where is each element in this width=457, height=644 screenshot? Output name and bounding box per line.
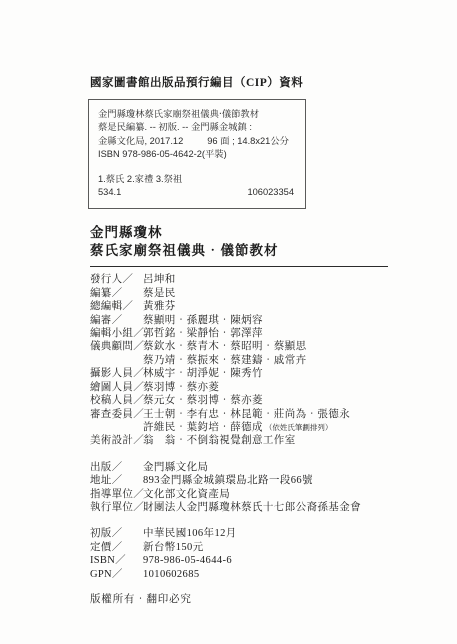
credit-values: 蔡元女‧蔡羽博‧蔡亦菱 bbox=[143, 394, 457, 407]
cip-publication-line: 金縣文化局, 2017.12 96 面 ; 14.8x21公分 bbox=[98, 135, 296, 148]
cip-publisher-date: 金縣文化局, 2017.12 bbox=[98, 135, 183, 148]
credit-label: 執行單位／ bbox=[90, 501, 143, 514]
credit-value: 許維民‧葉鈞培‧薛德成（依姓氏筆劃排列） bbox=[143, 421, 457, 434]
cip-isbn-line: ISBN 978-986-05-4642-2(平裝) bbox=[98, 148, 296, 161]
credit-values: 新台幣150元 bbox=[143, 541, 457, 554]
cip-class-number: 534.1 bbox=[98, 186, 121, 199]
cip-title-line: 金門縣瓊林蔡氏家廟祭祖儀典‧儀節教材 bbox=[98, 108, 296, 121]
book-title-main: 蔡氏家廟祭祖儀典‧儀節教材 bbox=[90, 242, 457, 260]
credit-value: 978-986-05-4644-6 bbox=[143, 554, 457, 567]
credit-label: 出版／ bbox=[90, 461, 143, 474]
credit-label: 發行人／ bbox=[90, 273, 143, 286]
credit-value: 893金門縣金城鎮環島北路一段66號 bbox=[143, 474, 457, 487]
credit-row: 定價／新台幣150元 bbox=[90, 541, 457, 554]
credit-row: 出版／金門縣文化局 bbox=[90, 461, 457, 474]
title-divider bbox=[90, 266, 388, 267]
credit-label: 總編輯／ bbox=[90, 300, 143, 313]
credit-row: 初版／中華民國106年12月 bbox=[90, 527, 457, 540]
copyright-notice: 版權所有‧翻印必究 bbox=[90, 591, 457, 606]
credit-values: 財團法人金門縣瓊林蔡氏十七郎公裔孫基金會 bbox=[143, 501, 457, 514]
credit-row: 美術設計／翁 翁‧不倒翁視覺創意工作室 bbox=[90, 434, 457, 447]
credit-values: 呂坤和 bbox=[143, 273, 457, 286]
credit-values: 蔡顯明‧孫麗琪‧陳炳容 bbox=[143, 314, 457, 327]
credit-value: 1010602685 bbox=[143, 568, 457, 581]
credit-value: 財團法人金門縣瓊林蔡氏十七郎公裔孫基金會 bbox=[143, 501, 457, 514]
credit-value: 中華民國106年12月 bbox=[143, 527, 457, 540]
book-title-region: 金門縣瓊林 bbox=[90, 224, 457, 242]
credit-values: 翁 翁‧不倒翁視覺創意工作室 bbox=[143, 434, 457, 447]
credit-label: 指導單位／ bbox=[90, 488, 143, 501]
credit-label: 美術設計／ bbox=[90, 434, 143, 447]
credit-values: 金門縣文化局 bbox=[143, 461, 457, 474]
credit-row: GPN／1010602685 bbox=[90, 568, 457, 581]
credit-row: 編輯小組／郭哲銘‧梁靜怡‧郭澤萍 bbox=[90, 327, 457, 340]
cip-subject-headings: 1.蔡氏 2.家禮 3.祭祖 bbox=[98, 173, 296, 186]
cip-statement-line: 蔡是民編纂. -- 初版. -- 金門縣金城鎮 : bbox=[98, 121, 296, 134]
credit-row: 儀典顧問／蔡欽水‧蔡青木‧蔡昭明‧蔡顯思蔡乃靖‧蔡振來‧蔡建鑄‧戚常卉 bbox=[90, 340, 457, 367]
book-colophon-page: 國家圖書館出版品預行編目（CIP）資料 金門縣瓊林蔡氏家廟祭祖儀典‧儀節教材 蔡… bbox=[0, 0, 457, 644]
credit-row: 執行單位／財團法人金門縣瓊林蔡氏十七郎公裔孫基金會 bbox=[90, 501, 457, 514]
credit-value: 新台幣150元 bbox=[143, 541, 457, 554]
credit-values: 王士朝‧李有忠‧林昆範‧莊尚為‧張德永許維民‧葉鈞培‧薛德成（依姓氏筆劃排列） bbox=[143, 408, 457, 435]
credit-values: 蔡欽水‧蔡青木‧蔡昭明‧蔡顯思蔡乃靖‧蔡振來‧蔡建鑄‧戚常卉 bbox=[143, 340, 457, 367]
publishing-list: 出版／金門縣文化局地址／893金門縣金城鎮環島北路一段66號指導單位／文化部文化… bbox=[90, 461, 457, 515]
credit-values: 蔡是民 bbox=[143, 287, 457, 300]
credit-value: 蔡元女‧蔡羽博‧蔡亦菱 bbox=[143, 394, 457, 407]
credit-label: 編審／ bbox=[90, 314, 143, 327]
cip-pages-size: 96 面 ; 14.8x21公分 bbox=[207, 135, 289, 148]
credit-label: 儀典顧問／ bbox=[90, 340, 143, 367]
cip-box: 金門縣瓊林蔡氏家廟祭祖儀典‧儀節教材 蔡是民編纂. -- 初版. -- 金門縣金… bbox=[88, 99, 306, 209]
credit-row: 繪圖人員／蔡羽博‧蔡亦菱 bbox=[90, 381, 457, 394]
cip-header: 國家圖書館出版品預行編目（CIP）資料 bbox=[90, 74, 457, 90]
credit-row: 指導單位／文化部文化資產局 bbox=[90, 488, 457, 501]
credit-value: 呂坤和 bbox=[143, 273, 457, 286]
credit-value: 翁 翁‧不倒翁視覺創意工作室 bbox=[143, 434, 457, 447]
book-title: 金門縣瓊林 蔡氏家廟祭祖儀典‧儀節教材 bbox=[90, 224, 457, 259]
credit-row: 編審／蔡顯明‧孫麗琪‧陳炳容 bbox=[90, 314, 457, 327]
credit-row: 總編輯／黃雅芬 bbox=[90, 300, 457, 313]
credit-values: 林威宇‧胡淨妮‧陳秀竹 bbox=[143, 367, 457, 380]
credit-label: 定價／ bbox=[90, 541, 143, 554]
credit-label: 繪圖人員／ bbox=[90, 381, 143, 394]
credit-value: 林威宇‧胡淨妮‧陳秀竹 bbox=[143, 367, 457, 380]
credit-values: 郭哲銘‧梁靜怡‧郭澤萍 bbox=[143, 327, 457, 340]
cip-record-number: 106023354 bbox=[247, 186, 294, 199]
credit-value: 王士朝‧李有忠‧林昆範‧莊尚為‧張德永 bbox=[143, 408, 457, 421]
credit-values: 蔡羽博‧蔡亦菱 bbox=[143, 381, 457, 394]
credit-row: 編纂／蔡是民 bbox=[90, 287, 457, 300]
credit-row: 地址／893金門縣金城鎮環島北路一段66號 bbox=[90, 474, 457, 487]
credit-label: 編纂／ bbox=[90, 287, 143, 300]
credit-row: 攝影人員／林威宇‧胡淨妮‧陳秀竹 bbox=[90, 367, 457, 380]
credit-value: 蔡羽博‧蔡亦菱 bbox=[143, 381, 457, 394]
credit-label: ISBN／ bbox=[90, 554, 143, 567]
credit-value: 蔡乃靖‧蔡振來‧蔡建鑄‧戚常卉 bbox=[143, 354, 457, 367]
credit-note: （依姓氏筆劃排列） bbox=[265, 423, 333, 432]
credit-label: 攝影人員／ bbox=[90, 367, 143, 380]
credit-row: 審查委員／王士朝‧李有忠‧林昆範‧莊尚為‧張德永許維民‧葉鈞培‧薛德成（依姓氏筆… bbox=[90, 408, 457, 435]
edition-list: 初版／中華民國106年12月定價／新台幣150元ISBN／978-986-05-… bbox=[90, 527, 457, 581]
credit-value: 郭哲銘‧梁靜怡‧郭澤萍 bbox=[143, 327, 457, 340]
cip-bottom-row: 534.1 106023354 bbox=[98, 186, 296, 199]
credit-label: GPN／ bbox=[90, 568, 143, 581]
credit-value: 蔡顯明‧孫麗琪‧陳炳容 bbox=[143, 314, 457, 327]
credit-value: 文化部文化資產局 bbox=[143, 488, 457, 501]
credit-value: 蔡是民 bbox=[143, 287, 457, 300]
credit-value: 黃雅芬 bbox=[143, 300, 457, 313]
credit-label: 地址／ bbox=[90, 474, 143, 487]
credit-values: 黃雅芬 bbox=[143, 300, 457, 313]
credits-list: 發行人／呂坤和編纂／蔡是民總編輯／黃雅芬編審／蔡顯明‧孫麗琪‧陳炳容編輯小組／郭… bbox=[90, 273, 457, 447]
credit-value: 金門縣文化局 bbox=[143, 461, 457, 474]
credit-label: 審查委員／ bbox=[90, 408, 143, 435]
credit-label: 編輯小組／ bbox=[90, 327, 143, 340]
credit-row: 校稿人員／蔡元女‧蔡羽博‧蔡亦菱 bbox=[90, 394, 457, 407]
credit-values: 1010602685 bbox=[143, 568, 457, 581]
credit-row: ISBN／978-986-05-4644-6 bbox=[90, 554, 457, 567]
credit-row: 發行人／呂坤和 bbox=[90, 273, 457, 286]
credit-label: 初版／ bbox=[90, 527, 143, 540]
credit-values: 893金門縣金城鎮環島北路一段66號 bbox=[143, 474, 457, 487]
credit-values: 978-986-05-4644-6 bbox=[143, 554, 457, 567]
credit-label: 校稿人員／ bbox=[90, 394, 143, 407]
credit-value: 蔡欽水‧蔡青木‧蔡昭明‧蔡顯思 bbox=[143, 340, 457, 353]
credit-values: 中華民國106年12月 bbox=[143, 527, 457, 540]
credit-values: 文化部文化資產局 bbox=[143, 488, 457, 501]
